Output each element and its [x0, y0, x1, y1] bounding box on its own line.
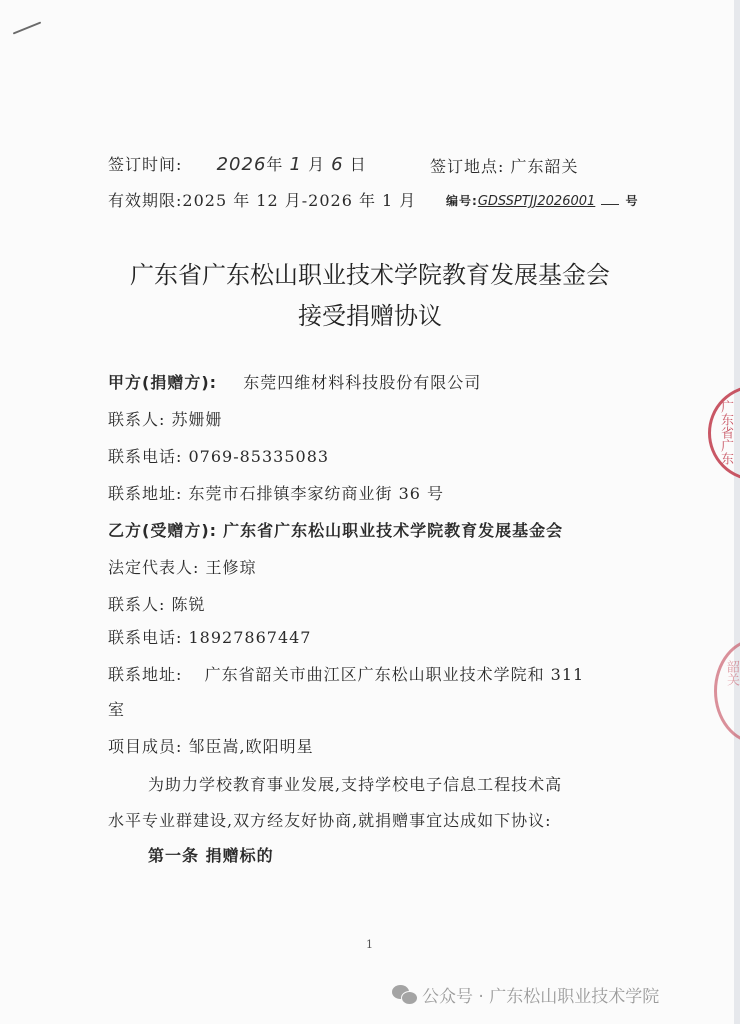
party-a-address: 东莞市石排镇李家纺商业街 36 号	[189, 484, 445, 503]
wechat-footer: 公众号 · 广东松山职业技术学院	[392, 982, 659, 1007]
number-row: 编号:GDSSPTJJ2026001 号	[446, 190, 639, 209]
document-title-line2: 接受捐赠协议	[0, 296, 740, 331]
project-members-row: 项目成员: 邹臣嵩,欧阳明星	[108, 734, 314, 757]
article-1-heading: 第一条 捐赠标的	[148, 843, 274, 866]
party-b-address-cont: 室	[108, 697, 125, 720]
party-a-phone-row: 联系电话: 0769-85335083	[108, 444, 329, 467]
sign-place-row: 签订地点: 广东韶关	[430, 154, 579, 177]
document-page: 广东省广东 韶关 签订时间: 2026年 1 月 6 日 签订地点: 广东韶关 …	[0, 0, 740, 1024]
sign-place-label: 签订地点:	[430, 157, 504, 176]
seal-text-top: 广东省广东	[716, 400, 735, 465]
party-b-row: 乙方(受赠方): 广东省广东松山职业技术学院教育发展基金会	[108, 518, 563, 541]
party-b-contact: 陈锐	[172, 595, 206, 614]
address-label: 联系地址:	[108, 665, 182, 684]
party-b-address-row: 联系地址: 广东省韶关市曲江区广东松山职业技术学院和 311	[108, 662, 584, 685]
sign-time-row: 签订时间: 2026年 1 月 6 日	[108, 152, 367, 175]
sign-time-day: 6	[331, 154, 343, 175]
party-b-label: 乙方(受赠方):	[108, 521, 217, 540]
sign-place-value: 广东韶关	[511, 157, 579, 176]
page-number: 1	[366, 938, 373, 951]
number-suffix: 号	[625, 194, 638, 208]
party-b-legal-rep-row: 法定代表人: 王修琼	[108, 555, 257, 578]
number-label: 编号:	[446, 194, 478, 208]
legal-rep-label: 法定代表人:	[108, 558, 199, 577]
party-a-address-row: 联系地址: 东莞市石排镇李家纺商业街 36 号	[108, 481, 444, 504]
number-value: GDSSPTJJ2026001	[478, 194, 595, 209]
page-edge	[734, 0, 740, 1024]
contact-label: 联系人:	[108, 410, 165, 429]
body-paragraph-line1: 为助力学校教育事业发展,支持学校电子信息工程技术高	[148, 772, 562, 795]
party-a-row: 甲方(捐赠方): 东莞四维材料科技股份有限公司	[108, 370, 481, 393]
party-b-name: 广东省广东松山职业技术学院教育发展基金会	[223, 521, 563, 540]
sign-time-label: 签订时间:	[108, 155, 182, 174]
year-unit: 年	[266, 155, 283, 174]
document-title-line1: 广东省广东松山职业技术学院教育发展基金会	[0, 255, 740, 290]
project-members: 邹臣嵩,欧阳明星	[189, 737, 314, 756]
wechat-icon	[392, 985, 418, 1005]
red-seal-bottom	[714, 638, 740, 744]
party-a-label: 甲方(捐赠方):	[108, 373, 217, 392]
month-unit: 月	[308, 155, 325, 174]
validity-value: 2025 年 12 月-2026 年 1 月	[182, 191, 416, 210]
party-a-contact: 苏姗姗	[172, 410, 223, 429]
party-b-phone-row: 联系电话: 18927867447	[108, 625, 311, 648]
sign-time-year: 2026	[217, 154, 267, 175]
contact-label: 联系人:	[108, 595, 165, 614]
party-b-contact-row: 联系人: 陈锐	[108, 592, 206, 615]
party-a-phone: 0769-85335083	[189, 447, 330, 466]
validity-row: 有效期限:2025 年 12 月-2026 年 1 月	[108, 188, 416, 211]
party-a-name: 东莞四维材料科技股份有限公司	[243, 373, 481, 392]
party-b-phone: 18927867447	[189, 628, 312, 647]
party-b-address: 广东省韶关市曲江区广东松山职业技术学院和 311	[205, 665, 585, 684]
day-unit: 日	[350, 155, 367, 174]
pen-mark	[13, 21, 42, 34]
phone-label: 联系电话:	[108, 447, 182, 466]
party-b-legal-rep: 王修琼	[206, 558, 257, 577]
sign-time-month: 1	[290, 154, 302, 175]
address-label: 联系地址:	[108, 484, 182, 503]
party-a-contact-row: 联系人: 苏姗姗	[108, 407, 223, 430]
members-label: 项目成员:	[108, 737, 182, 756]
phone-label: 联系电话:	[108, 628, 182, 647]
footer-text: 公众号 · 广东松山职业技术学院	[422, 982, 659, 1007]
validity-label: 有效期限:	[108, 191, 182, 210]
seal-text-bottom: 韶关	[722, 660, 740, 686]
body-paragraph-line2: 水平专业群建设,双方经友好协商,就捐赠事宜达成如下协议:	[108, 808, 552, 831]
